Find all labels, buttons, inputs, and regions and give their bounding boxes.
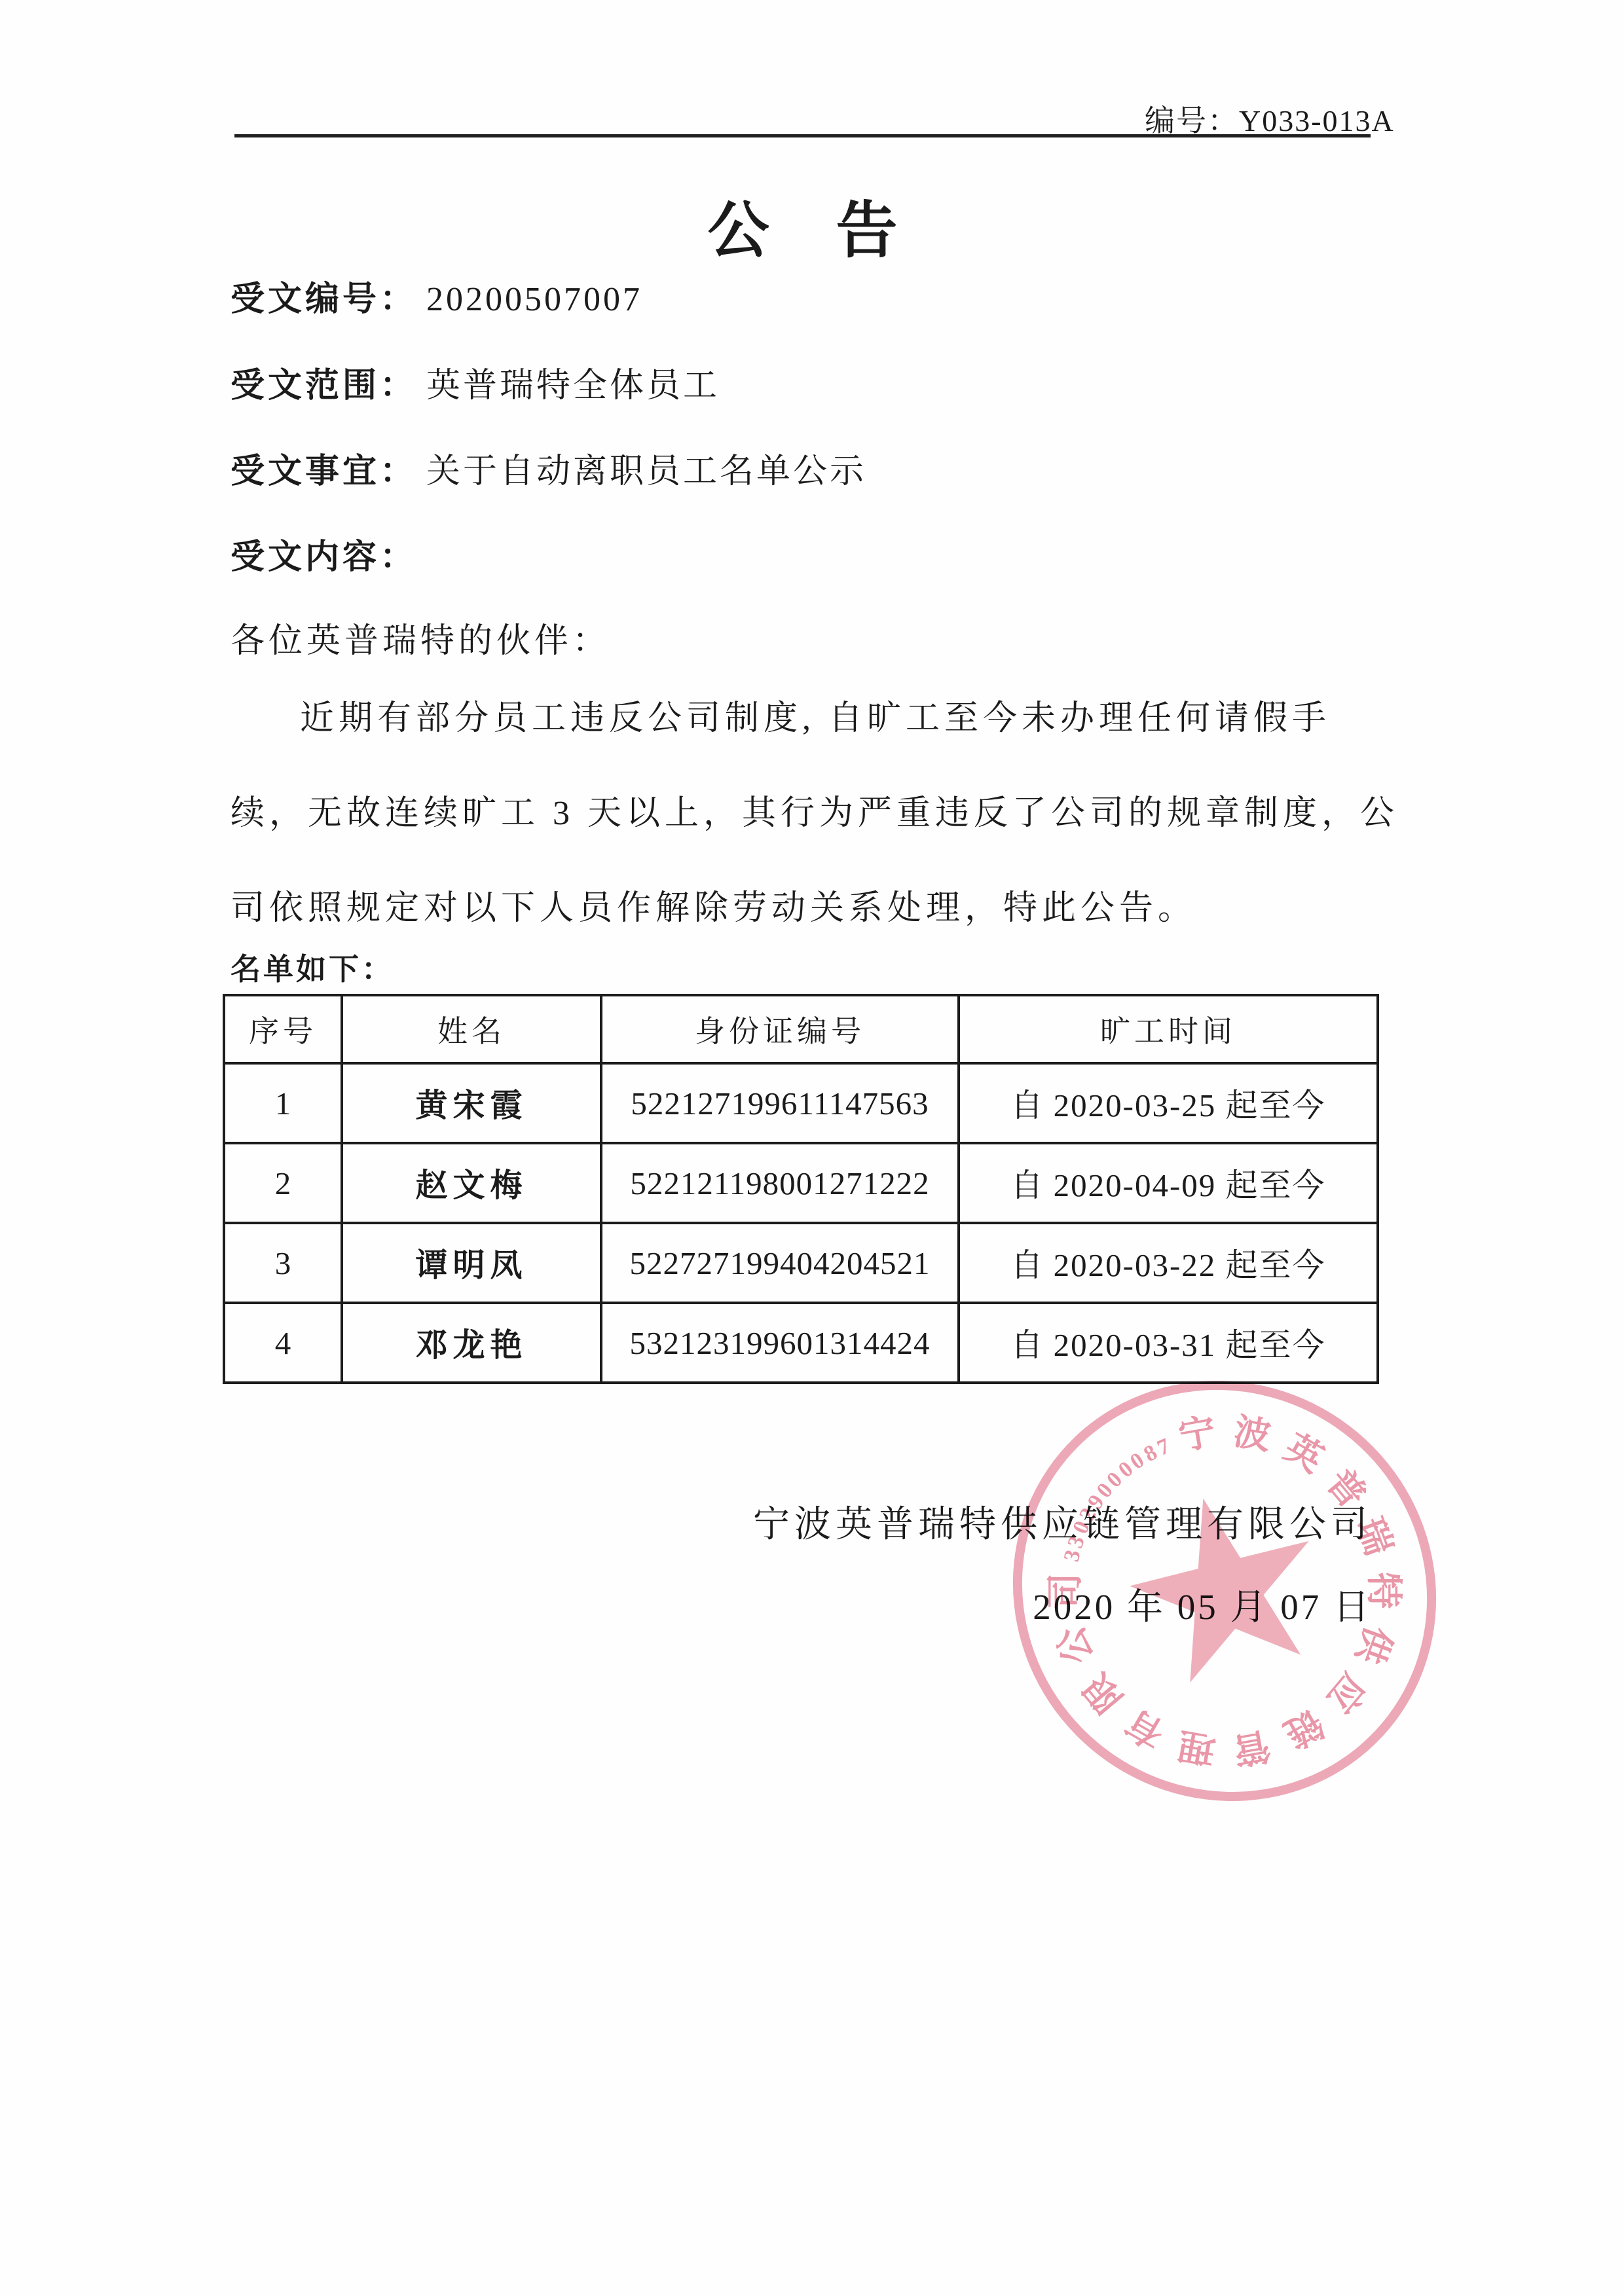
field-scope-label: 受文范围： bbox=[231, 367, 417, 405]
stamp-arc-char: 理 bbox=[1176, 1726, 1219, 1768]
table-cell-index: 1 bbox=[224, 1063, 342, 1143]
body-line-1: 近期有部分员工违反公司制度, 自旷工至今未办理任何请假手 bbox=[300, 699, 1331, 738]
table-cell-name: 黄宋霞 bbox=[342, 1063, 601, 1143]
field-doc-id-label: 受文编号： bbox=[231, 281, 417, 318]
table-header-row: 序号姓名身份证编号旷工时间 bbox=[224, 995, 1378, 1063]
field-doc-id: 受文编号：20200507007 bbox=[231, 280, 642, 319]
table-cell-period: 自 2020-03-22 起至今 bbox=[959, 1223, 1378, 1303]
stamp-arc-char: 有 bbox=[1120, 1703, 1170, 1753]
signature-date: 2020 年 05 月 07 日 bbox=[1033, 1578, 1372, 1630]
table-cell-index: 4 bbox=[224, 1303, 342, 1383]
field-content: 受文内容： bbox=[231, 538, 426, 577]
stamp-arc-char: 限 bbox=[1077, 1667, 1129, 1719]
table-body: 序号姓名身份证编号旷工时间1黄宋霞522127199611147563自 202… bbox=[224, 995, 1378, 1383]
table-header-cell: 身份证编号 bbox=[601, 995, 959, 1063]
table-header-cell: 旷工时间 bbox=[959, 995, 1378, 1063]
field-subject-label: 受文事宜： bbox=[231, 453, 417, 490]
table-cell-name: 邓龙艳 bbox=[342, 1303, 601, 1383]
stamp-arc-char: 7 bbox=[1154, 1435, 1173, 1460]
table-cell-name: 谭明凤 bbox=[342, 1223, 601, 1303]
body-line-2: 续，无故连续旷工 3 天以上，其行为严重违反了公司的规章制度，公 bbox=[231, 794, 1399, 833]
field-scope-value: 英普瑞特全体员工 bbox=[426, 367, 720, 405]
table-cell-id: 522127199611147563 bbox=[601, 1063, 959, 1143]
table-row: 4邓龙艳532123199601314424自 2020-03-31 起至今 bbox=[224, 1303, 1378, 1383]
field-scope: 受文范围：英普瑞特全体员工 bbox=[231, 367, 720, 406]
table-cell-period: 自 2020-04-09 起至今 bbox=[959, 1143, 1378, 1223]
stamp-arc-char: 管 bbox=[1231, 1726, 1274, 1768]
body-line-3: 司依照规定对以下人员作解除劳动关系处理，特此公告。 bbox=[231, 889, 1196, 928]
stamp-arc-char: 0 bbox=[1103, 1468, 1127, 1491]
dismissed-employees-table: 序号姓名身份证编号旷工时间1黄宋霞522127199611147563自 202… bbox=[223, 994, 1379, 1384]
announcement-document: 编号：Y033-013A 公 告 受文编号：20200507007 受文范围：英… bbox=[0, 0, 1624, 2296]
field-content-label: 受文内容： bbox=[231, 539, 417, 576]
stamp-arc-char: 宁 bbox=[1176, 1413, 1219, 1456]
table-cell-index: 2 bbox=[224, 1143, 342, 1223]
table-header-cell: 序号 bbox=[224, 995, 342, 1063]
stamp-arc-char: 英 bbox=[1279, 1429, 1329, 1478]
table-cell-id: 522121198001271222 bbox=[601, 1143, 959, 1223]
body-greeting: 各位英普瑞特的伙伴： bbox=[231, 613, 610, 662]
stamp-arc-char: 0 bbox=[1127, 1449, 1149, 1474]
table-row: 1黄宋霞522127199611147563自 2020-03-25 起至今 bbox=[224, 1063, 1378, 1143]
stamp-arc-char: 波 bbox=[1231, 1413, 1274, 1456]
page-title: 公 告 bbox=[0, 181, 1608, 269]
table-cell-period: 自 2020-03-25 起至今 bbox=[959, 1063, 1378, 1143]
table-cell-index: 3 bbox=[224, 1223, 342, 1303]
stamp-arc-char: 链 bbox=[1279, 1703, 1329, 1753]
field-doc-id-value: 20200507007 bbox=[426, 281, 642, 318]
field-subject-value: 关于自动离职员工名单公示 bbox=[426, 453, 866, 490]
table-row: 3谭明凤522727199404204521自 2020-03-22 起至今 bbox=[224, 1223, 1378, 1303]
table-cell-id: 532123199601314424 bbox=[601, 1303, 959, 1383]
stamp-arc-char: 应 bbox=[1320, 1667, 1372, 1719]
header-rule bbox=[234, 134, 1371, 137]
stamp-arc-char: 8 bbox=[1140, 1442, 1160, 1467]
table-header-cell: 姓名 bbox=[342, 995, 601, 1063]
stamp-arc-char: 3 bbox=[1061, 1548, 1085, 1563]
stamp-arc-char: 0 bbox=[1115, 1458, 1137, 1482]
field-subject: 受文事宜：关于自动离职员工名单公示 bbox=[231, 452, 866, 492]
signature-company: 宁波英普瑞特供应链管理有限公司 bbox=[753, 1495, 1372, 1548]
table-cell-period: 自 2020-03-31 起至今 bbox=[959, 1303, 1378, 1383]
table-cell-name: 赵文梅 bbox=[342, 1143, 601, 1223]
table-cell-id: 522727199404204521 bbox=[601, 1223, 959, 1303]
table-row: 2赵文梅522121198001271222自 2020-04-09 起至今 bbox=[224, 1143, 1378, 1223]
list-intro: 名单如下： bbox=[231, 945, 394, 989]
